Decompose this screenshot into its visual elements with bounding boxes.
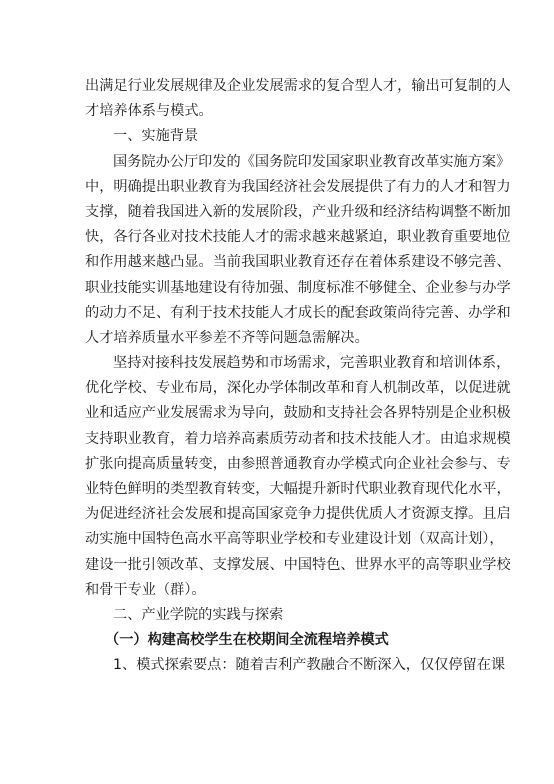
paragraph-line: 坚持对接科技发展趋势和市场需求，完善职业教育和培训体系， bbox=[85, 351, 469, 376]
subsection-heading: （一）构建高校学生在校期间全流程培养模式 bbox=[85, 628, 469, 653]
paragraph-line: 动实施中国特色高水平高等职业学校和专业建设计划（双高计划）， bbox=[85, 527, 469, 552]
paragraph-line: 和骨干专业（群）。 bbox=[85, 578, 469, 603]
paragraph-line: 支持职业教育，着力培养高素质劳动者和技术技能人才。由追求规模 bbox=[85, 427, 469, 452]
section-heading: 二、产业学院的实践与探索 bbox=[85, 603, 469, 628]
paragraph-line: 国务院办公厅印发的《国务院印发国家职业教育改革实施方案》 bbox=[85, 150, 469, 175]
paragraph-line: 业和适应产业发展需求为导向，鼓励和支持社会各界特别是企业积极 bbox=[85, 401, 469, 426]
paragraph-line: 快，各行各业对技术技能人才的需求越来越紧迫，职业教育重要地位 bbox=[85, 225, 469, 250]
paragraph-line: 职业技能实训基地建设有待加强、制度标准不够健全、企业参与办学 bbox=[85, 276, 469, 301]
paragraph-line: 中，明确提出职业教育为我国经济社会发展提供了有力的人才和智力 bbox=[85, 175, 469, 200]
paragraph-line: 业特色鲜明的类型教育转变，大幅提升新时代职业教育现代化水平， bbox=[85, 477, 469, 502]
paragraph-line: 出满足行业发展规律及企业发展需求的复合型人才，输出可复制的人 bbox=[85, 74, 469, 99]
section-heading: 一、实施背景 bbox=[85, 124, 469, 149]
document-page: 出满足行业发展规律及企业发展需求的复合型人才，输出可复制的人 才培养体系与模式。… bbox=[85, 74, 469, 679]
paragraph-line: 的动力不足、有利于技术技能人才成长的配套政策尚待完善、办学和 bbox=[85, 301, 469, 326]
paragraph-line: 1、模式探索要点：随着吉利产教融合不断深入，仅仅停留在课 bbox=[85, 653, 469, 678]
paragraph-line: 和作用越来越凸显。当前我国职业教育还存在着体系建设不够完善、 bbox=[85, 250, 469, 275]
paragraph-line: 扩张向提高质量转变，由参照普通教育办学模式向企业社会参与、专 bbox=[85, 452, 469, 477]
paragraph-line: 为促进经济社会发展和提高国家竞争力提供优质人才资源支撑。且启 bbox=[85, 502, 469, 527]
paragraph-line: 才培养体系与模式。 bbox=[85, 99, 469, 124]
paragraph-line: 支撑，随着我国进入新的发展阶段，产业升级和经济结构调整不断加 bbox=[85, 200, 469, 225]
paragraph-line: 优化学校、专业布局，深化办学体制改革和育人机制改革，以促进就 bbox=[85, 376, 469, 401]
paragraph-line: 建设一批引领改革、支撑发展、中国特色、世界水平的高等职业学校 bbox=[85, 553, 469, 578]
paragraph-line: 人才培养质量水平参差不齐等问题急需解决。 bbox=[85, 326, 469, 351]
